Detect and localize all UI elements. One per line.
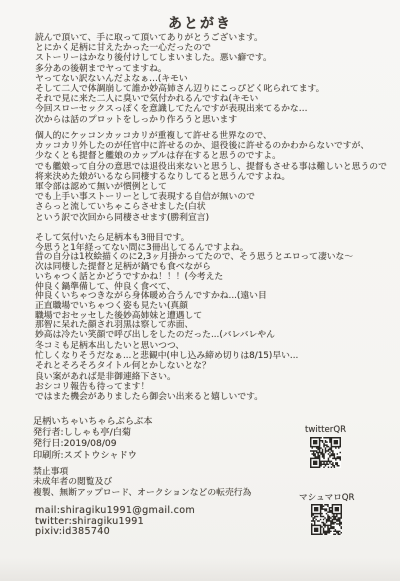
afterword-paragraph-1: 読んで頂いて、手に取って頂いてありがとうございます。とにかく足柄に甘えたかった一…	[35, 33, 395, 125]
text-line: pixiv:id385740	[35, 527, 195, 538]
text-line: それとそろそろタイトル何とかしないとな？	[35, 361, 395, 371]
text-line: 発行者:ししゃも亭/白菊	[33, 427, 152, 438]
text-line: 少なくとも提督と艦娘のカップルは存在すると思うのですよ。	[35, 151, 395, 161]
text-line: という訳で次回から同棲させます(勝利宣言)	[35, 213, 395, 223]
text-line: 次からは話のプロットをしっかり作ろうと思います	[35, 115, 395, 125]
text-line: 印刷所:スズトウシャドウ	[33, 450, 152, 461]
text-line: mail:shiragiku1991@gmail.com	[35, 506, 195, 517]
text-line: 妙高は冷たい笑顔で呼び出しをしたのだった...(バレバレやん	[35, 331, 395, 341]
text-line: 冬コミも足柄本出したいと思いつつ、	[35, 341, 395, 351]
text-line: 複製、無断アップロード、オークションなどの転売行為	[33, 488, 251, 498]
text-line: 発行日:2019/08/09	[33, 438, 152, 449]
text-line: ストーリーはかなり後付けしてしまいました。悪い癖です。	[35, 53, 395, 63]
text-line: 良い案があれば是非御連絡下さい。	[35, 372, 395, 382]
text-line: 個人的にケッコンカッコカリが重複して許せる世界なので、	[35, 131, 395, 141]
afterword-paragraph-4: 冬コミも足柄本出したいと思いつつ、忙しくなりそうだなぁ...と悲観中(申し込み締…	[35, 341, 395, 402]
text-line: 軍令部は認めて無いが慣例として	[35, 182, 395, 192]
text-line: ヤってない訳ないんだよなぁ…(キモい	[35, 74, 395, 84]
text-line: とにかく足柄に甘えたかった一心だったので	[35, 43, 395, 53]
text-line: カッコカリ外したのが任官中に許せるのか、退役後に許せるのかわからないですが、	[35, 141, 395, 151]
text-line: 将来決めた娘がいるなら同棲するなりしてると思うんですよね。	[35, 172, 395, 182]
text-line: さらっと流していちゃこらさせました(白状	[35, 202, 395, 212]
marshmallow-qr-code-icon	[311, 504, 342, 535]
text-line: おシコリ報告も待ってます！	[35, 382, 395, 392]
afterword-page: あとがき 読んで頂いて、手に取って頂いてありがとうございます。とにかく足柄に甘え…	[0, 0, 400, 581]
text-line: 足柄いちゃいちゃらぶらぶ本	[33, 416, 152, 427]
text-line: そして二人で体調崩して誰か妙高姉さん辺りにこっぴどく叱られてます。	[35, 84, 395, 94]
marshmallow-qr-label: マシュマロQR	[299, 491, 355, 503]
twitter-qr-label: twitterQR	[305, 425, 346, 435]
text-line: 忙しくなりそうだなぁ...と悲観中(申し込み締め切りは8/15)早い...	[35, 351, 395, 361]
twitter-qr-code-icon	[310, 437, 341, 468]
text-line: 今回スローセックスっぽくを意識してたんですが表現出来てるかな…	[35, 104, 395, 114]
text-line: 未成年者の閲覧及び	[33, 477, 251, 487]
text-line: ではまた機会がありましたら御会い出来ると嬉しいです。	[35, 392, 395, 402]
colophon: 足柄いちゃいちゃらぶらぶ本発行者:ししゃも亭/白菊発行日:2019/08/09印…	[33, 416, 152, 461]
prohibited-lines: 未成年者の閲覧及び複製、無断アップロード、オークションなどの転売行為	[33, 477, 251, 498]
text-line: でも艦娘って自分の意思では退役出来ないと思うし、提督もさせる事は難しいと思うので	[35, 162, 395, 172]
contact-info: mail:shiragiku1991@gmail.comtwitter:shir…	[35, 506, 195, 538]
text-line: 読んで頂いて、手に取って頂いてありがとうございます。	[35, 33, 395, 43]
afterword-paragraph-3: そして気付いたら足柄本も3冊目です。今思うと1年経ってない間に3冊出してるんです…	[35, 234, 395, 341]
prohibited-heading: 禁止事項	[33, 467, 251, 477]
afterword-paragraph-2: 個人的にケッコンカッコカリが重複して許せる世界なので、カッコカリ外したのが任官中…	[35, 131, 395, 223]
prohibited-section: 禁止事項 未成年者の閲覧及び複製、無断アップロード、オークションなどの転売行為	[33, 467, 251, 498]
text-line: 多分あの後朝までヤってますね。	[35, 64, 395, 74]
text-line: でも上手い事ストーリーとして表現する自信が無いので	[35, 192, 395, 202]
text-line: それで見に来た二人に臭いで気付かれるんですね(キモい	[35, 94, 395, 104]
page-title: あとがき	[0, 13, 400, 33]
